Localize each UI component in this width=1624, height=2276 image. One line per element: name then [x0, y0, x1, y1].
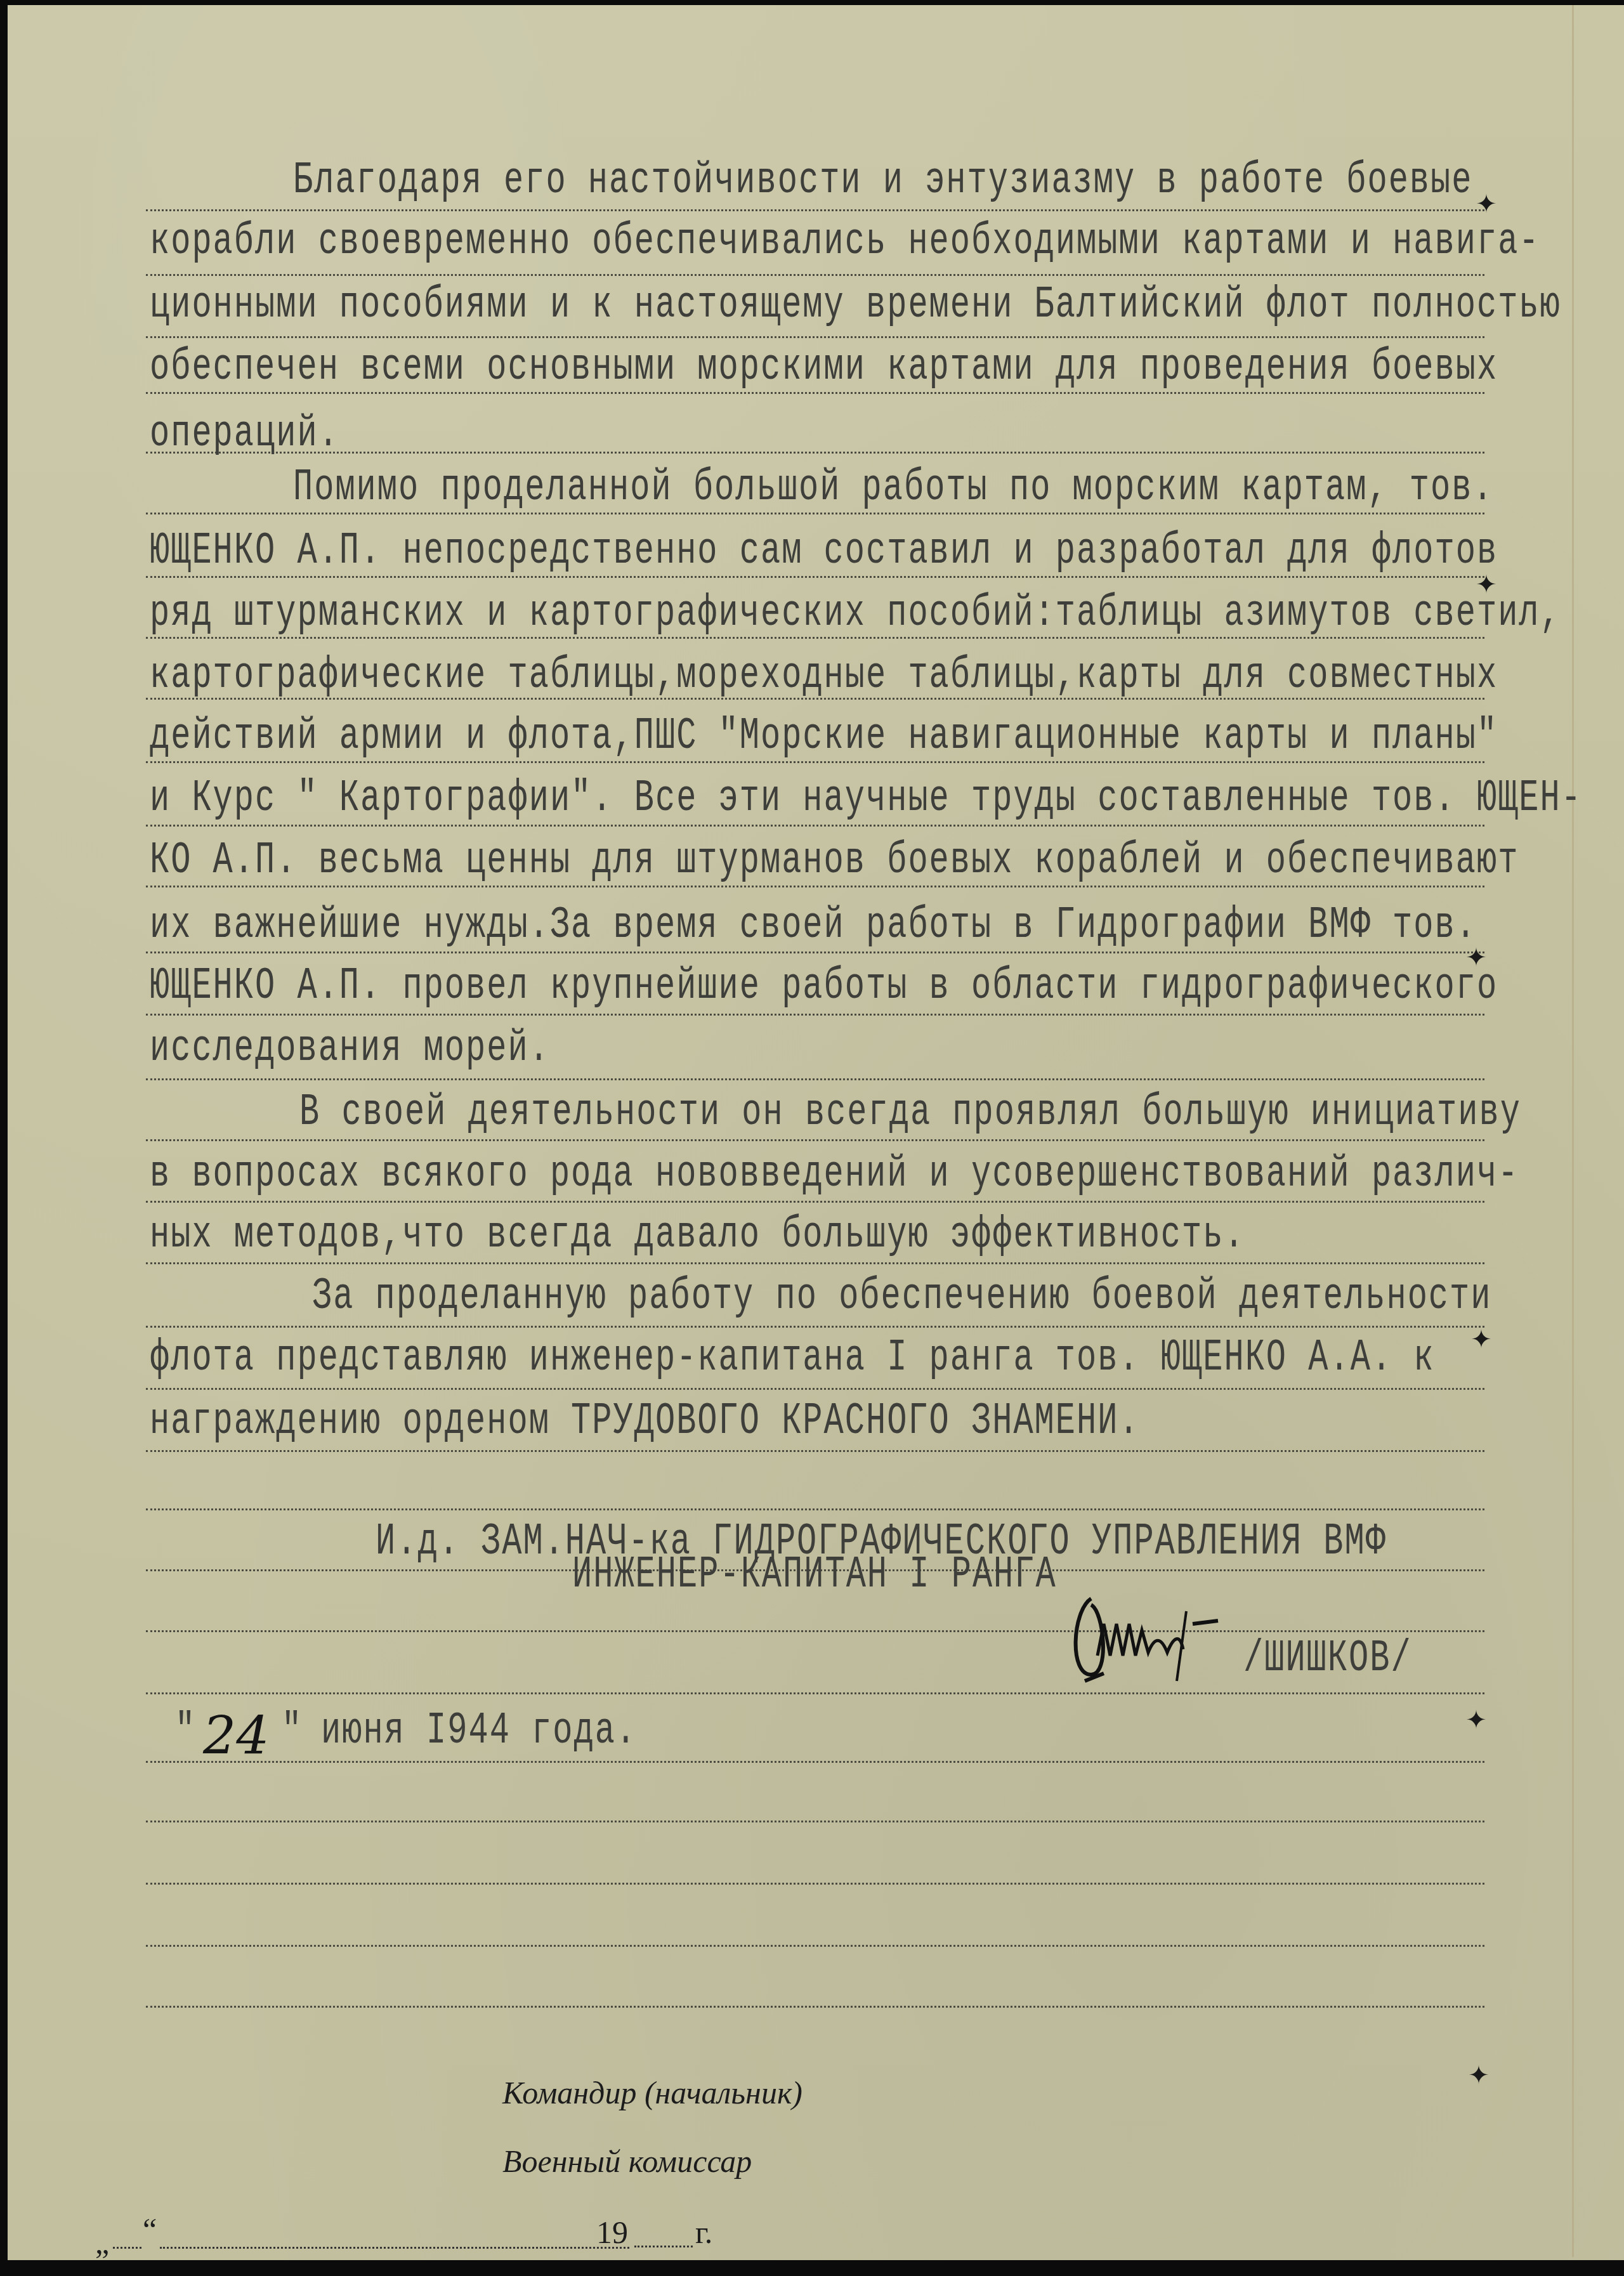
form-year-blank: [634, 2246, 693, 2247]
ruled-line: [146, 2006, 1484, 2008]
text-line: В своей деятельности он всегда проявлял …: [299, 1087, 1521, 1138]
form-date-quote-close: “: [143, 2211, 157, 2248]
signatory-name: /ШИШКОВ/: [1243, 1633, 1412, 1684]
punch-hole-mark: ✦: [1465, 1706, 1487, 1728]
ruled-line: [146, 952, 1484, 953]
date-rest: июня I944 года.: [321, 1706, 637, 1756]
commander-label: Командир (начальник): [502, 2074, 802, 2111]
ruled-line: [146, 1326, 1484, 1328]
ruled-line: [146, 825, 1484, 827]
text-line: ционными пособиями и к настоящему времен…: [150, 280, 1561, 330]
text-line: Благодаря его настойчивости и энтузиазму…: [293, 155, 1472, 206]
text-line: ряд штурманских и картографических пособ…: [150, 588, 1561, 639]
form-year-prefix: 19: [596, 2214, 628, 2251]
form-date-template: „ “: [95, 2211, 666, 2249]
date-open-quote: ": [175, 1706, 196, 1756]
page-fold: [1572, 5, 1574, 2257]
ruled-line: [146, 1078, 1484, 1080]
text-line: флота представляю инженер-капитана I ран…: [150, 1333, 1435, 1383]
ruled-line: [146, 1262, 1484, 1264]
ruled-line: [146, 452, 1484, 454]
form-month-blank: [160, 2247, 629, 2249]
punch-hole-mark: ✦: [1470, 1326, 1492, 1347]
text-line: операций.: [150, 409, 339, 459]
punch-hole-mark: ✦: [1476, 571, 1497, 592]
text-line: ЮЩЕНКО А.П. непосредственно сам составил…: [150, 526, 1498, 577]
text-line: действий армии и флота,ПШС "Морские нави…: [150, 711, 1498, 762]
text-line: их важнейшие нужды.За время своей работы…: [150, 900, 1477, 951]
text-line: и Курс " Картографии". Все эти научные т…: [150, 773, 1582, 824]
form-date-quote-open: „: [95, 2224, 109, 2261]
ruled-line: [146, 1945, 1484, 1947]
form-year-suffix: г.: [695, 2214, 712, 2251]
ruled-line: [146, 274, 1484, 276]
text-line: исследования морей.: [150, 1023, 550, 1074]
text-line: обеспечен всеми основными морскими карта…: [150, 342, 1498, 393]
ruled-line: [146, 1450, 1484, 1452]
signatory-rank: ИНЖЕНЕР-КАПИТАН I РАНГА: [572, 1550, 1057, 1600]
text-line: награждению орденом ТРУДОВОГО КРАСНОГО З…: [150, 1396, 1140, 1447]
ruled-line: [146, 1508, 1484, 1510]
text-line: Помимо проделанной большой работы по мор…: [293, 462, 1494, 513]
text-line: КО А.П. весьма ценны для штурманов боевы…: [150, 835, 1519, 886]
text-line: корабли своевременно обеспечивались необ…: [150, 216, 1540, 267]
text-line: ЮЩЕНКО А.П. провел крупнейшие работы в о…: [150, 961, 1498, 1012]
ruled-line: [146, 1692, 1484, 1694]
date-close-quote: ": [282, 1706, 303, 1756]
punch-hole-mark: ✦: [1468, 2062, 1490, 2083]
text-line: картографические таблицы,мореходные табл…: [150, 650, 1498, 701]
text-line: в вопросах всякого рода нововведений и у…: [150, 1149, 1519, 1200]
ruled-line: [146, 1139, 1484, 1141]
ruled-line: [146, 336, 1484, 338]
commissar-label: Военный комиссар: [502, 2143, 752, 2180]
ruled-line: [146, 1821, 1484, 1822]
ruled-line: [146, 1388, 1484, 1390]
text-line: За проделанную работу по обеспечению бое…: [312, 1271, 1491, 1322]
ruled-line: [146, 1014, 1484, 1016]
date-day-handwritten: 24: [203, 1706, 269, 1767]
punch-hole-mark: ✦: [1465, 944, 1487, 965]
ruled-line: [146, 1883, 1484, 1885]
ruled-line: [146, 209, 1484, 211]
ruled-line: [146, 1201, 1484, 1203]
form-day-blank: [113, 2247, 141, 2249]
text-line: ных методов,что всегда давало большую эф…: [150, 1210, 1245, 1260]
punch-hole-mark: ✦: [1476, 190, 1497, 212]
ruled-line: [146, 1761, 1484, 1763]
